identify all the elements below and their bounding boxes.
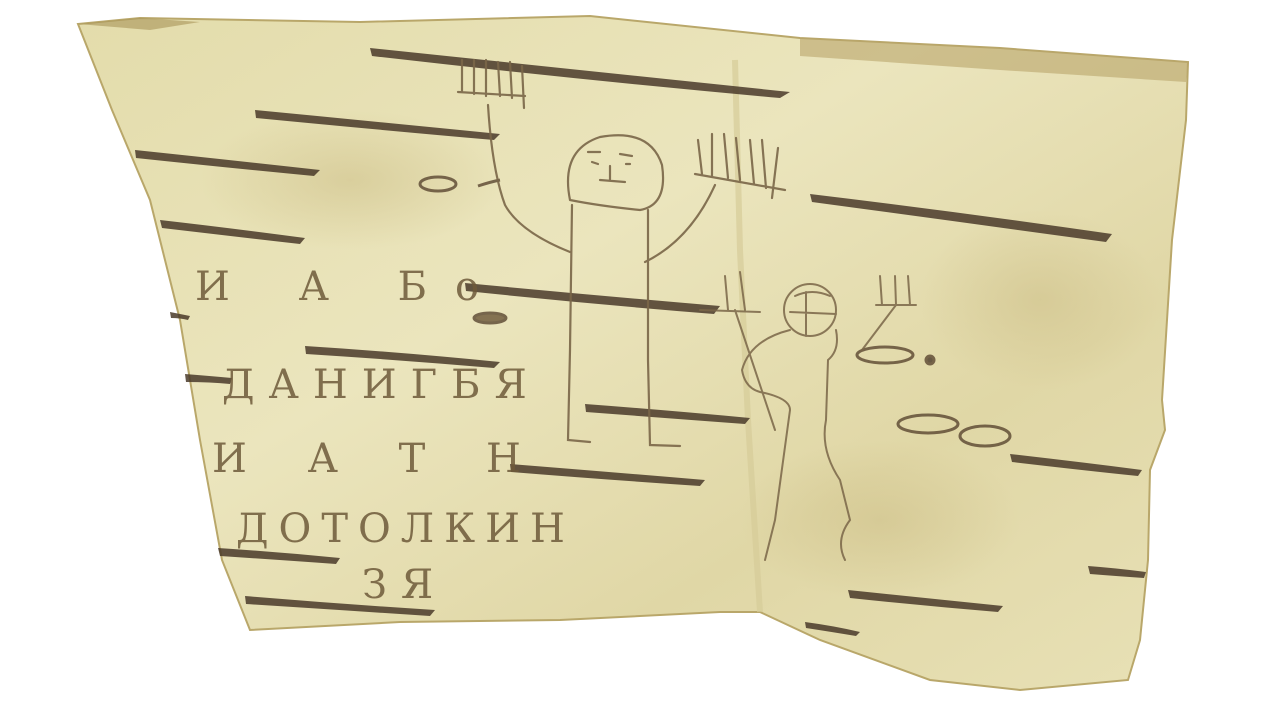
inscription-line-2: ДАНИГБЯ <box>222 362 541 408</box>
inscription-line-1: И А Бо <box>195 264 507 310</box>
inscription-line-3: И А Т Н <box>212 436 545 482</box>
inscription-line-5: ЗЯ <box>362 562 447 608</box>
photo-scene: И А Бо ДАНИГБЯ И А Т Н ДОТОЛКИН ЗЯ <box>0 0 1280 720</box>
inscription-line-4: ДОТОЛКИН <box>236 506 575 552</box>
birch-bark-photo: И А Бо ДАНИГБЯ И А Т Н ДОТОЛКИН ЗЯ <box>0 0 1280 720</box>
